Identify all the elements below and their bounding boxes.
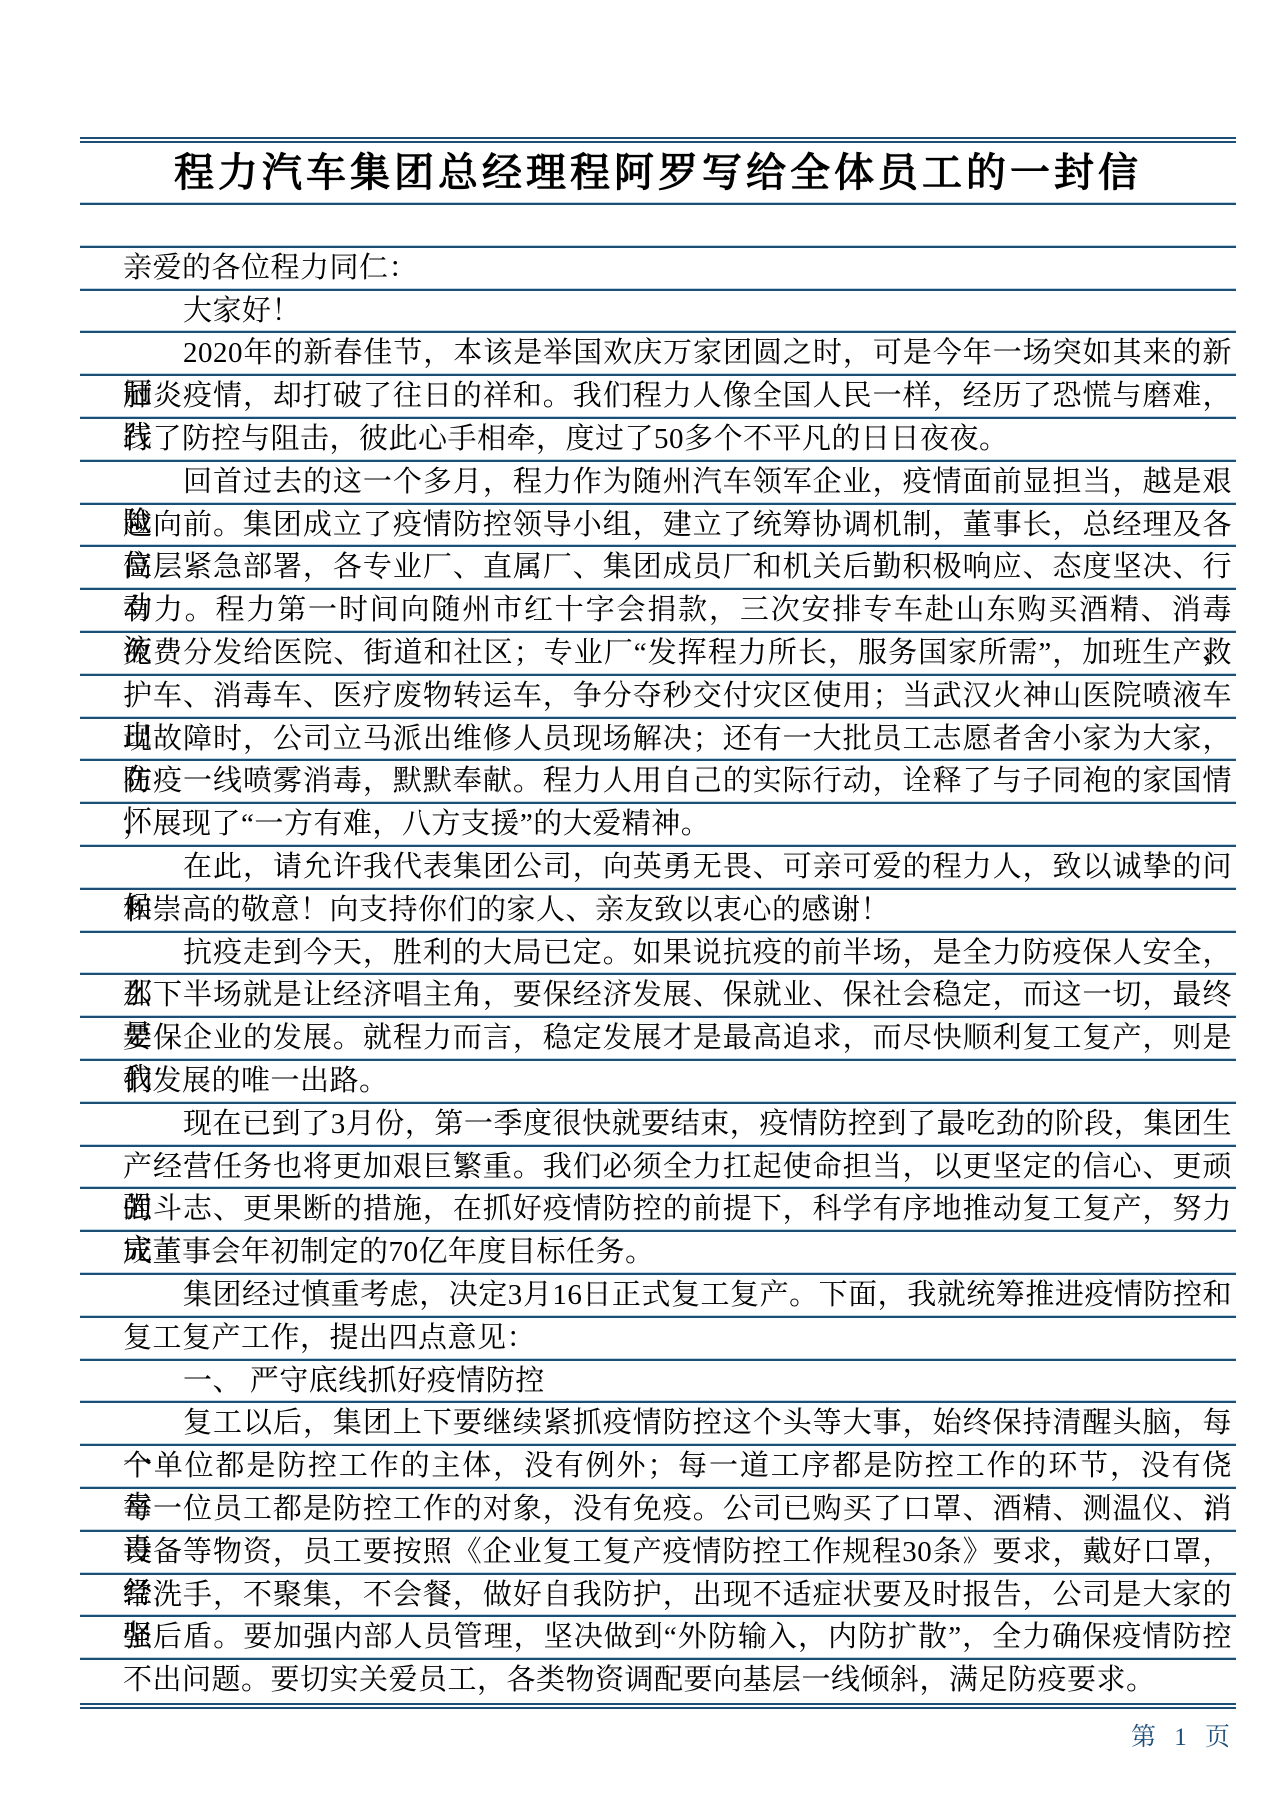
text-line: 肺炎疫情，却打破了往日的祥和。我们程力人像全国人民一样，经历了恐慌与磨难，践	[80, 376, 1236, 419]
letter-title: 程力汽车集团总经理程阿罗写给全体员工的一封信	[80, 143, 1236, 205]
text-line: 的斗志、更果断的措施，在抓好疫情防控的前提下，科学有序地推动复工复产，努力完	[80, 1189, 1236, 1232]
text-line: 和崇高的敬意！向支持你们的家人、亲友致以衷心的感谢！	[80, 890, 1236, 933]
text-line: 亲爱的各位程力同仁：	[80, 248, 1236, 291]
text-line: 常洗手，不聚集，不会餐，做好自我防护，出现不适症状要及时报告，公司是大家的坚	[80, 1575, 1236, 1618]
text-line: 现在已到了3月份，第一季度很快就要结束，疫情防控到了最吃劲的阶段，集团生	[80, 1104, 1236, 1147]
text-line: 行了防控与阻击，彼此心手相牵，度过了50多个不平凡的日日夜夜。	[80, 419, 1236, 462]
text-line: 护车、消毒车、医疗废物转运车，争分夺秒交付灾区使用；当武汉火神山医院喷液车出	[80, 676, 1236, 719]
text-line: 不出问题。要切实关爱员工，各类物资调配要向基层一线倾斜，满足防疫要求。	[80, 1660, 1236, 1703]
text-line: 产经营任务也将更加艰巨繁重。我们必须全力扛起使命担当，以更坚定的信心、更顽强	[80, 1147, 1236, 1190]
text-line: 集团经过慎重考虑，决定3月16日正式复工复产。下面，我就统筹推进疫情防控和	[80, 1275, 1236, 1318]
text-line: 复工复产工作，提出四点意见：	[80, 1318, 1236, 1361]
blank-row	[80, 205, 1236, 248]
text-line: ，展现了“一方有难，八方支援”的大爱精神。	[80, 804, 1236, 847]
text-line: 要保企业的发展。就程力而言，稳定发展才是最高追求，而尽快顺利复工复产，则是我	[80, 1018, 1236, 1061]
text-line: 现故障时，公司立马派出维修人员现场解决；还有一大批员工志愿者舍小家为大家，在	[80, 719, 1236, 762]
text-line: 防疫一线喷雾消毒，默默奉献。程力人用自己的实际行动，诠释了与子同袍的家国情怀	[80, 761, 1236, 804]
letter-body: 亲爱的各位程力同仁：大家好！2020年的新春佳节，本该是举国欢庆万家团圆之时，可…	[80, 248, 1236, 1703]
text-line: 们发展的唯一出路。	[80, 1061, 1236, 1104]
bottom-double-rule	[80, 1703, 1236, 1709]
text-line: 设备等物资，员工要按照《企业复工复产疫情防控工作规程30条》要求，戴好口罩，经	[80, 1532, 1236, 1575]
text-line: 抗疫走到今天，胜利的大局已定。如果说抗疫的前半场，是全力防疫保人安全，那	[80, 933, 1236, 976]
text-line: 一、 严守底线抓好疫情防控	[80, 1361, 1236, 1404]
letter-sheet: 程力汽车集团总经理程阿罗写给全体员工的一封信 亲爱的各位程力同仁：大家好！202…	[80, 137, 1236, 1753]
text-line: 越向前。集团成立了疫情防控领导小组，建立了统筹协调机制，董事长，总经理及各位	[80, 505, 1236, 548]
text-line: 强后盾。要加强内部人员管理，坚决做到“外防输入，内防扩散”，全力确保疫情防控	[80, 1617, 1236, 1660]
text-line: 每一位员工都是防控工作的对象，没有免疫。公司已购买了口罩、酒精、测温仪、消毒	[80, 1489, 1236, 1532]
text-line: 复工以后，集团上下要继续紧抓疫情防控这个头等大事，始终保持清醒头脑，每一	[80, 1403, 1236, 1446]
text-line: 回首过去的这一个多月，程力作为随州汽车领军企业，疫情面前显担当，越是艰险	[80, 462, 1236, 505]
text-line: 高层紧急部署，各专业厂、直属厂、集团成员厂和机关后勤积极响应、态度坚决、行动	[80, 547, 1236, 590]
text-line: 个单位都是防控工作的主体，没有例外；每一道工序都是防控工作的环节，没有侥幸；	[80, 1446, 1236, 1489]
page-number: 第 1 页	[80, 1717, 1236, 1753]
text-line: 免费分发给医院、街道和社区；专业厂“发挥程力所长，服务国家所需”，加班生产救	[80, 633, 1236, 676]
text-line: 成董事会年初制定的70亿年度目标任务。	[80, 1232, 1236, 1275]
text-line: 2020年的新春佳节，本该是举国欢庆万家团圆之时，可是今年一场突如其来的新冠	[80, 333, 1236, 376]
text-line: 有力。程力第一时间向随州市红十字会捐款，三次安排专车赴山东购买酒精、消毒液，	[80, 590, 1236, 633]
text-line: 在此，请允许我代表集团公司，向英勇无畏、可亲可爱的程力人，致以诚挚的问候	[80, 847, 1236, 890]
text-line: 大家好！	[80, 291, 1236, 334]
text-line: 么下半场就是让经济唱主角，要保经济发展、保就业、保社会稳定，而这一切，最终是	[80, 975, 1236, 1018]
